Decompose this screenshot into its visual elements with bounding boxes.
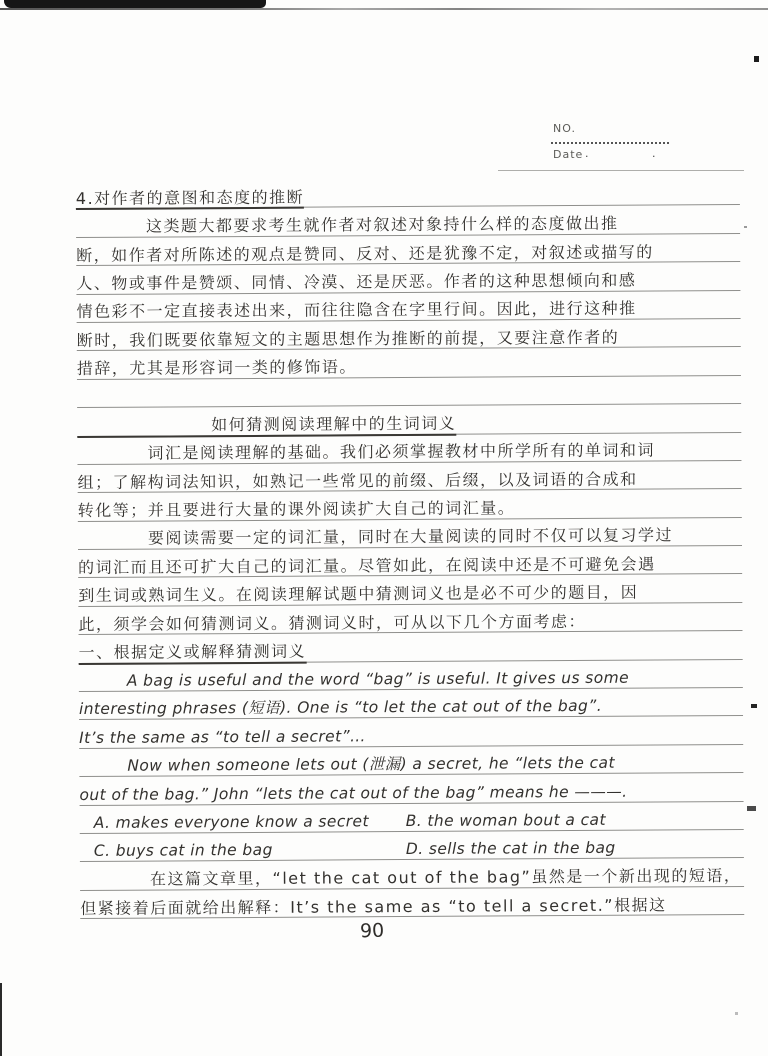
scan-speck xyxy=(754,56,759,62)
scan-speck xyxy=(751,704,757,708)
text-line: 词汇是阅读理解的基础。我们必须掌握教材中所学所有的单词和词 xyxy=(77,432,741,464)
writing-area: 4.对作者的意图和态度的推断 这类题大都要求考生就作者对叙述对象持什么样的态度做… xyxy=(76,177,744,919)
text-line: 要阅读需要一定的词汇量，同时在大量阅读的同时不仅可以复习学过 xyxy=(78,518,742,550)
english-text-line: Now when someone lets out (泄漏) a secret,… xyxy=(79,745,743,777)
subheading-guess-by-definition: 一、根据定义或解释猜测词义 xyxy=(79,631,743,663)
scanned-notebook-page: NO. Date · · 4.对作者的意图和态度的推断 这类题大都要求考生就作者… xyxy=(0,0,768,1056)
english-text-line: out of the bag.” John “lets the cat out … xyxy=(79,773,743,805)
english-text-line: It’s the same as “to tell a secret”… xyxy=(79,716,743,748)
text-line: 断时，我们既要依靠短文的主题思想作为推断的前提，又要注意作者的 xyxy=(77,319,741,351)
section-title-guess-word-meaning: 如何猜测阅读理解中的生词词义 xyxy=(77,404,741,436)
text-line: 人、物或事件是赞颂、同情、冷漠、还是厌恶。作者的这种思想倾向和感 xyxy=(76,262,740,294)
text-line: 此，须学会如何猜测词义。猜测词义时，可从以下几个方面考虑： xyxy=(78,603,742,635)
options-line-cd: C. buys cat in the bagD. sells the cat i… xyxy=(80,830,744,862)
text-line: 措辞，尤其是形容词一类的修饰语。 xyxy=(77,347,741,379)
text-line: 断，如作者对所陈述的观点是赞同、反对、还是犹豫不定，对叙述或描写的 xyxy=(76,234,740,266)
text-line: 到生词或熟词生义。在阅读理解试题中猜测词义也是必不可少的题目，因 xyxy=(78,574,742,606)
scan-edge-bar xyxy=(4,0,266,8)
scan-speck xyxy=(744,226,747,228)
no-dotted-line xyxy=(551,138,669,144)
text-line: 情色彩不一定直接表述出来，而往往隐含在字里行间。因此，进行这种推 xyxy=(76,291,740,323)
date-label: Date xyxy=(553,148,583,161)
heading-inference: 4.对作者的意图和态度的推断 xyxy=(76,177,740,209)
text-line: 在这篇文章里，“let the cat out of the bag”虽然是一个… xyxy=(80,858,744,890)
english-text-line: A bag is useful and the word “bag” is us… xyxy=(79,660,743,692)
scan-edge-line-left xyxy=(0,983,2,1056)
scan-speck xyxy=(735,1012,738,1015)
text-line: 这类题大都要求考生就作者对叙述对象持什么样的态度做出推 xyxy=(76,205,740,237)
blank-line xyxy=(77,376,741,408)
scan-edge-line xyxy=(0,8,768,10)
header-rule-line xyxy=(498,170,744,171)
scan-speck xyxy=(747,806,756,811)
text-line: 组；了解构词法知识，如熟记一些常见的前缀、后缀，以及词语的合成和 xyxy=(77,461,741,493)
date-dots: · · xyxy=(585,150,686,163)
text-line: 转化等；并且要进行大量的课外阅读扩大自己的词汇量。 xyxy=(78,489,742,521)
page-number: 90 xyxy=(360,920,385,943)
text-line: 的词汇而且还可扩大自己的词汇量。尽管如此，在阅读中还是不可避免会遇 xyxy=(78,546,742,578)
no-label: NO. xyxy=(553,122,576,135)
options-line-ab: A. makes everyone know a secretB. the wo… xyxy=(80,802,744,834)
english-text-line: interesting phrases (短语). One is “to let… xyxy=(79,688,743,720)
text-line: 但紧接着后面就给出解释：It’s the same as “to tell a … xyxy=(80,887,744,919)
